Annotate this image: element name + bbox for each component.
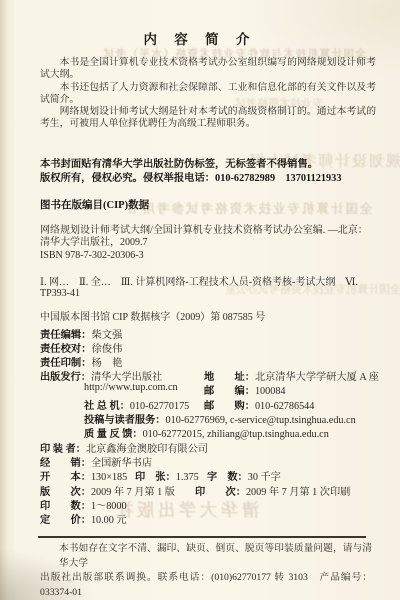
anti-piracy-line: 版权所有，侵权必究。侵权举报电话：010-62782989 1370112193…: [40, 172, 376, 186]
bottom-divider-rule: [38, 536, 366, 538]
intro-paragraphs: 本书是全国计算机专业技术资格考试办公室组织编写的网络规划设计师考试大纲。 本书还…: [40, 57, 376, 131]
credit-row-proofreader: 责任校对：徐俊伟: [40, 340, 376, 354]
price: 定 价：10.00 元: [40, 511, 127, 526]
postcode-label: 邮 编：: [204, 386, 255, 397]
impression-value: 2009 年 7 月第 1 次印刷: [246, 487, 350, 498]
cip-data-block: 图书在版编目(CIP)数据 网络规划设计师考试大纲/全国计算机专业技术资格考试办…: [40, 197, 376, 323]
quality-problem-line: 本书如存在文字不清、漏印、缺页、倒页、脱页等印装质量问题，请与清华大学: [40, 542, 372, 571]
distribution-row: 经 销：全国新华书店: [40, 454, 380, 468]
anti-piracy-notice: 本书封面贴有清华大学出版社防伪标签，无标签者不得销售。 版权所有，侵权必究。侵权…: [40, 158, 376, 186]
mail-order-label: 邮 购：: [204, 401, 255, 412]
cip-entry-line: 清华大学出版社，2009.7: [40, 237, 376, 249]
quality-feedback-value: 010-62772015, zhiliang@tup.tsinghua.edu.…: [143, 429, 329, 440]
edition-label: 版 次：: [40, 487, 91, 498]
website-url: http://www.tup.com.cn: [84, 382, 178, 393]
credit-row-print-supervisor: 责任印制：杨 艳: [40, 354, 376, 368]
quality-feedback-row: 质 量 反 馈：010-62772015, zhiliang@tup.tsing…: [40, 425, 380, 439]
printer-label: 印 装 者：: [40, 444, 86, 455]
publisher-row: 出版发行：清华大学出版社 地 址：北京清华大学学研大厦 A 座: [40, 368, 380, 382]
publisher: 出版发行：清华大学出版社: [40, 368, 162, 383]
cip-entry: 网络规划设计师考试大纲/全国计算机专业技术资格考试办公室编. —北京： 清华大学…: [40, 225, 376, 262]
address-label: 地 址：: [204, 372, 255, 383]
reader-service-label: 投稿与读者服务：: [84, 415, 166, 426]
switchboard-label: 社 总 机：: [84, 401, 130, 412]
publisher-label: 出版发行：: [40, 372, 91, 383]
reader-service-row: 投稿与读者服务：010-62776969, c-service@tup.tsin…: [40, 411, 380, 425]
edition-row: 版 次：2009 年 7 月第 1 版 印 次：2009 年 7 月第 1 次印…: [40, 483, 380, 497]
anti-piracy-line: 本书封面贴有清华大学出版社防伪标签，无标签者不得销售。: [40, 158, 376, 172]
print-run-value: 1～8000: [91, 501, 127, 512]
postcode-value: 100084: [255, 386, 286, 397]
format-value: 130×185: [91, 472, 127, 483]
address: 地 址：北京清华大学学研大厦 A 座: [204, 368, 379, 383]
word-count-label: 字 数：: [207, 472, 248, 483]
edition-value: 2009 年 7 月第 1 版: [91, 487, 175, 498]
intro-paragraph: 本书还包括了人力资源和社会保障部、工业和信息化部的有关文件以及考试简介。: [40, 82, 376, 107]
cip-record-number: 中国版本图书馆 CIP 数据核字（2009）第 087585 号: [40, 308, 376, 323]
book-copyright-page: 全国计算机技术与软件专业技术资格（水平）考试 专业技术资格考试 网络规划设计师考…: [0, 0, 400, 600]
switchboard-row: 社 总 机：010-62770175 邮 购：010-62786544: [40, 397, 380, 411]
publisher-value: 清华大学出版社: [91, 372, 162, 383]
format-row: 开 本：130×185 印 张：1.375 字 数：30 千字: [40, 468, 380, 482]
quality-problem-notice: 本书如存在文字不清、漏印、缺页、倒页、脱页等印装质量问题，请与清华大学 出版社出…: [40, 542, 372, 600]
word-count-value: 30 千字: [248, 472, 281, 483]
address-value: 北京清华大学学研大厦 A 座: [255, 372, 379, 383]
cip-classification: Ⅰ. 网… Ⅱ. 全… Ⅲ. 计算机网络-工程技术人员-资格考核-考试大纲 Ⅵ.…: [40, 273, 376, 299]
section-title-content-summary: 内 容 简 介: [0, 28, 400, 48]
print-run-label: 印 数：: [40, 501, 91, 512]
format-label: 开 本：: [40, 472, 91, 483]
format: 开 本：130×185: [40, 468, 127, 483]
impression: 印 次：2009 年 7 月第 1 次印刷: [195, 483, 350, 498]
printer: 印 装 者：北京鑫海金澳胶印有限公司: [40, 440, 208, 455]
printed-sheets: 印 张：1.375: [135, 468, 199, 483]
distribution-value: 全国新华书店: [91, 458, 152, 469]
impression-label: 印 次：: [195, 487, 246, 498]
switchboard: 社 总 机：010-62770175: [84, 397, 189, 412]
print-run-row: 印 数：1～8000: [40, 497, 380, 511]
cip-entry-line: 网络规划设计师考试大纲/全国计算机专业技术资格考试办公室编. —北京：: [40, 225, 376, 237]
word-count: 字 数：30 千字: [207, 468, 281, 483]
website-row: http://www.tup.com.cn 邮 编：100084: [40, 382, 380, 396]
distribution: 经 销：全国新华书店: [40, 454, 152, 469]
switchboard-value: 010-62770175: [130, 401, 189, 412]
cip-heading: 图书在版编目(CIP)数据: [40, 197, 376, 212]
reader-service: 投稿与读者服务：010-62776969, c-service@tup.tsin…: [84, 411, 356, 426]
isbn: ISBN 978-7-302-20306-3: [40, 250, 376, 262]
printer-value: 北京鑫海金澳胶印有限公司: [86, 444, 208, 455]
intro-paragraph: 本书是全国计算机专业技术资格考试办公室组织编写的网络规划设计师考试大纲。: [40, 57, 376, 82]
printed-sheets-label: 印 张：: [135, 472, 176, 483]
postcode: 邮 编：100084: [204, 382, 286, 397]
intro-paragraph: 网络规划设计师考试大纲是针对本考试的高级资格制订的。通过本考试的考生，可被用人单…: [40, 106, 376, 131]
quality-problem-line: 出版社出版部联系调换。联系电话：(010)62770177 转 3103 产品编…: [40, 571, 372, 600]
staff-credits: 责任编辑：柴文强 责任校对：徐俊伟 责任印制：杨 艳: [40, 326, 376, 369]
credit-row-editor: 责任编辑：柴文强: [40, 326, 376, 340]
quality-feedback-label: 质 量 反 馈：: [84, 429, 143, 440]
printed-sheets-value: 1.375: [176, 472, 199, 483]
distribution-label: 经 销：: [40, 458, 91, 469]
edition: 版 次：2009 年 7 月第 1 版: [40, 483, 175, 498]
mail-order-value: 010-62786544: [255, 401, 314, 412]
price-label: 定 价：: [40, 515, 91, 526]
reader-service-value: 010-62776969, c-service@tup.tsinghua.edu…: [166, 415, 356, 426]
printer-row: 印 装 者：北京鑫海金澳胶印有限公司: [40, 440, 380, 454]
quality-feedback: 质 量 反 馈：010-62772015, zhiliang@tup.tsing…: [84, 425, 329, 440]
mail-order: 邮 购：010-62786544: [204, 397, 314, 412]
print-run: 印 数：1～8000: [40, 497, 127, 512]
price-value: 10.00 元: [91, 515, 127, 526]
colophon-block: 出版发行：清华大学出版社 地 址：北京清华大学学研大厦 A 座 http://w…: [40, 368, 380, 526]
price-row: 定 价：10.00 元: [40, 511, 380, 525]
